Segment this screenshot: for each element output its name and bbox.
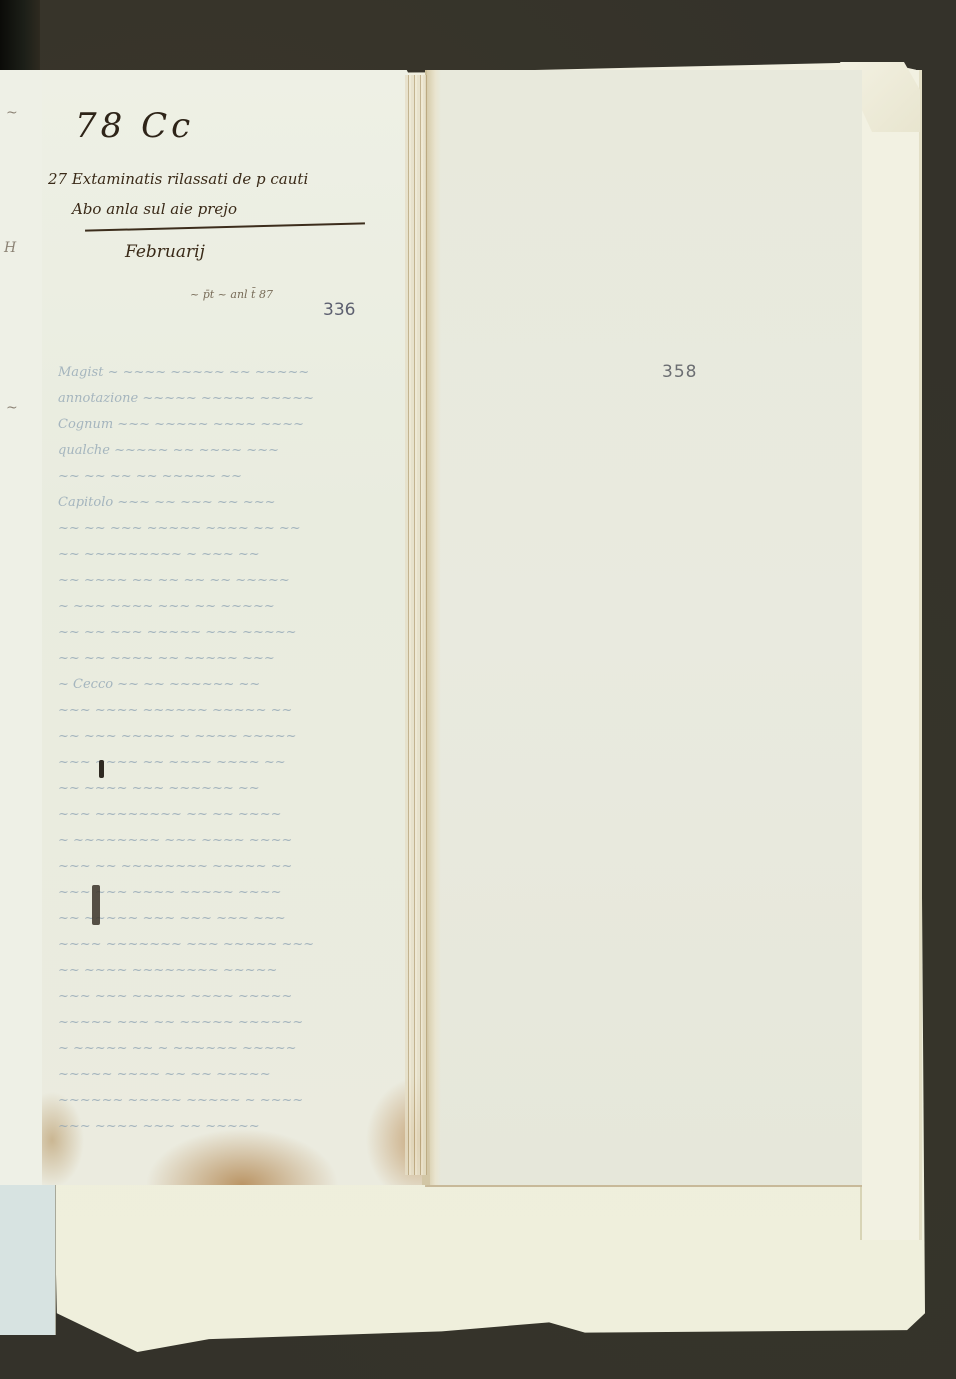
faded-bleedthrough-text: Magist ~ ~~~~ ~~~~~ ~~ ~~~~~ annotazione… (58, 360, 398, 1140)
manuscript-entry-line-1: 27 Extaminatis rilassati de p cauti (48, 170, 308, 188)
faded-line: ~~~ ~~~~~~~~ ~~ ~~ ~~~~ (58, 802, 398, 828)
faded-line: ~ ~~~~~~~~ ~~~ ~~~~ ~~~~ (58, 828, 398, 854)
blank-folio (425, 70, 862, 1187)
faded-line: ~~~~~~ ~~~~~ ~~~~~ ~ ~~~~ (58, 1088, 398, 1114)
faded-line: Cognum ~~~ ~~~~~ ~~~~ ~~~~ (58, 412, 398, 438)
faded-line: ~~~ ~~~ ~~~~~ ~~~~ ~~~~~ (58, 984, 398, 1010)
adjacent-page-edge: ~ H ~ (0, 70, 44, 1185)
margin-fragment: ~ (6, 105, 18, 121)
faded-line: ~ ~~~~~ ~~ ~ ~~~~~~ ~~~~~ (58, 1036, 398, 1062)
faded-line: ~~ ~~ ~~~ ~~~~~ ~~~ ~~~~~ (58, 620, 398, 646)
cloth-binding-strip (0, 1185, 56, 1335)
faded-line: ~~ ~~~~ ~~ ~~ ~~ ~~ ~~~~~ (58, 568, 398, 594)
faded-line: ~~ ~~ ~~~~ ~~ ~~~~~ ~~~ (58, 646, 398, 672)
faded-line: ~~~~~ ~~~~ ~~ ~~ ~~~~~ (58, 1062, 398, 1088)
margin-fragment: H (4, 240, 16, 256)
manuscript-month: Februarij (125, 242, 205, 262)
faded-line: ~~~ ~~~~ ~~~~~~ ~~~~~ ~~ (58, 698, 398, 724)
ink-blot (92, 885, 100, 925)
faded-line: qualche ~~~~~ ~~ ~~~~ ~~~ (58, 438, 398, 464)
manuscript-note: ~ p̄t ~ anl t̄ 87 (190, 288, 273, 301)
faded-line: Magist ~ ~~~~ ~~~~~ ~~ ~~~~~ (58, 360, 398, 386)
faded-line: ~~~~ ~~~~~~~ ~~~ ~~~~~ ~~~ (58, 932, 398, 958)
faded-line: annotazione ~~~~~ ~~~~~ ~~~~~ (58, 386, 398, 412)
faded-line: ~~ ~~ ~~~ ~~~~~ ~~~~ ~~ ~~ (58, 516, 398, 542)
backing-sheet-edge (860, 70, 922, 1240)
margin-fragment: ~ (6, 400, 18, 416)
faded-line: ~~ ~~~~ ~~~ ~~~~~~ ~~ (58, 776, 398, 802)
faded-line: ~~~ ~~~ ~~~~ ~~~~~ ~~~~ (58, 880, 398, 906)
ink-blot (99, 760, 104, 778)
folio-number-left: 336 (323, 300, 355, 320)
manuscript-entry-line-2: Abo anla sul aie prejo (72, 200, 237, 218)
faded-line: Capitolo ~~~ ~~ ~~~ ~~ ~~~ (58, 490, 398, 516)
book-spine (0, 0, 40, 80)
faded-line: ~~~ ~~~~ ~~ ~~~~ ~~~~ ~~ (58, 750, 398, 776)
faded-line: ~~ ~~ ~~ ~~ ~~~~~ ~~ (58, 464, 398, 490)
faded-line: ~~ ~~~~ ~~~~~~~~ ~~~~~ (58, 958, 398, 984)
faded-line: ~~ ~~~~~~~~~ ~ ~~~ ~~ (58, 542, 398, 568)
faded-line: ~ Cecco ~~ ~~ ~~~~~~ ~~ (58, 672, 398, 698)
faded-line: ~~~ ~~ ~~~~~~~~ ~~~~~ ~~ (58, 854, 398, 880)
faded-line: ~~ ~~~ ~~~~~ ~ ~~~~ ~~~~~ (58, 724, 398, 750)
manuscript-heading: 78 Cc (75, 106, 194, 146)
faded-line: ~~ ~~~~~ ~~~ ~~~ ~~~ ~~~ (58, 906, 398, 932)
faded-line: ~~~~~ ~~~ ~~ ~~~~~ ~~~~~~ (58, 1010, 398, 1036)
stacked-leaf-edges (405, 75, 427, 1175)
folio-number-right: 358 (662, 362, 697, 382)
faded-line: ~~~ ~~~~ ~~~ ~~ ~~~~~ (58, 1114, 398, 1140)
faded-line: ~ ~~~ ~~~~ ~~~ ~~ ~~~~~ (58, 594, 398, 620)
